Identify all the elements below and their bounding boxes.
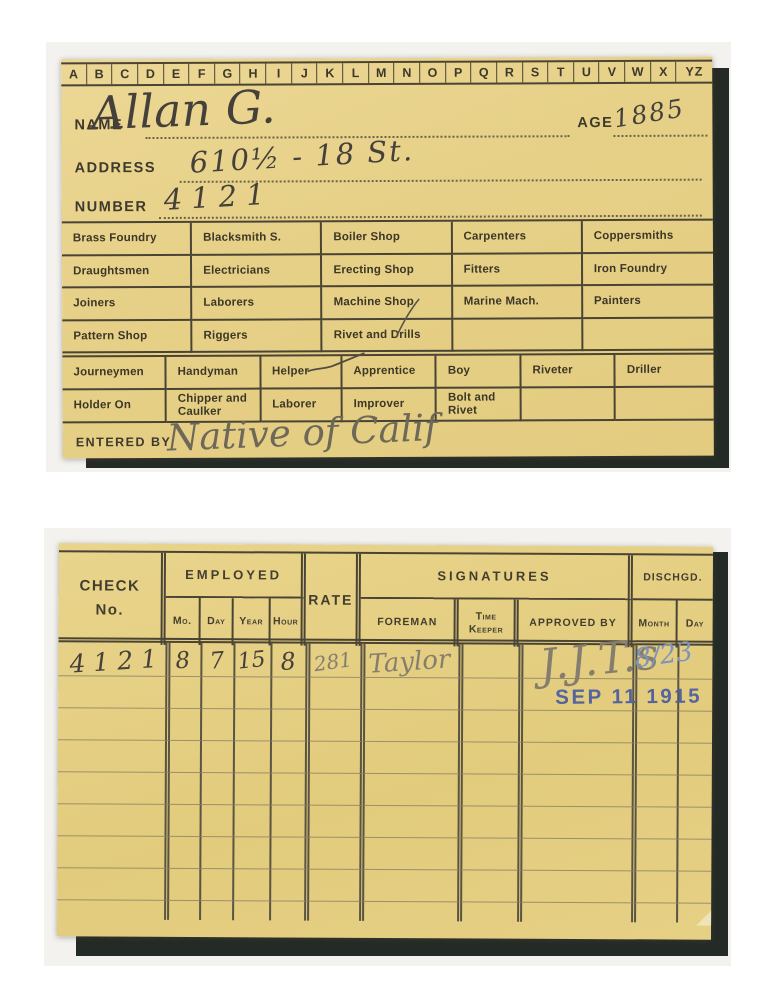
employment-card-back: CHECK No. EMPLOYED Mo. Day Year Hour RAT… [57,543,713,939]
entered-by-label: ENTERED BY [76,435,172,449]
front-card-photo: A B C D E F G H I J K L M N O P Q R S T … [46,42,731,472]
time-keeper-value [459,646,519,678]
year-value: 15 [232,644,272,679]
grid-line [57,867,711,871]
alphabet-tab: YZ [677,62,713,82]
rank-cell: Holder On [63,390,167,423]
trade-cell: Riggers [192,320,322,353]
trade-grid: Brass Foundry Blacksmith S. Boiler Shop … [62,219,714,354]
alphabet-tab: K [318,63,344,83]
rank-cell: Boy [437,355,522,388]
check-no-header-line2: No. [95,601,124,618]
alphabet-tab: B [87,64,113,84]
alphabet-tab: O [420,63,446,83]
trade-cell: Carpenters [452,221,582,254]
rank-cell: Bolt and Rivet [437,388,522,421]
trade-cell: Rivet and Drills [323,319,453,352]
rank-cell [616,388,714,421]
alphabet-tab: J [292,63,318,83]
grid-line [304,644,310,921]
age-label: AGE [577,115,613,131]
alphabet-tab: V [600,62,626,82]
hour-value: 8 [269,644,307,679]
grid-line [517,645,523,922]
rank-cell: Apprentice [342,356,437,389]
rate-value: 281 [304,642,363,681]
rank-cell: Riveter [521,355,616,388]
alphabet-tab: X [651,62,677,82]
time-keeper-header-line1: Time [476,611,497,623]
trade-cell: Pattern Shop [62,320,192,353]
alphabet-tab: A [61,64,87,84]
trade-cell: Draughtsmen [62,255,192,288]
grid-line [269,643,272,920]
back-card-photo: CHECK No. EMPLOYED Mo. Day Year Hour RAT… [44,528,731,966]
trade-cell [453,319,583,352]
grid-line [58,739,712,743]
foreman-signature: Taylor [360,643,460,681]
age-handwritten-value: 1885 [612,95,687,131]
rank-cell: Handyman [167,357,262,390]
mo-header: Mo. [166,598,201,645]
dischgd-header: DISCHGD. [633,555,713,600]
employment-card-front: A B C D E F G H I J K L M N O P Q R S T … [61,57,714,459]
date-stamp: SEP 11 1915 [555,685,702,710]
alphabet-tab: C [112,64,138,84]
alphabet-tab: P [446,63,472,83]
trade-cell: Erecting Shop [322,254,452,287]
trade-cell: Joiners [62,288,192,321]
trade-cell: Blacksmith S. [192,222,322,255]
scanned-document-page: { "front_card": { "alphabet_tabs": ["A",… [0,0,772,1000]
alphabet-tab: E [164,64,190,84]
grid-line [57,835,711,839]
trade-cell: Iron Foundry [583,253,713,286]
mo-value: 8 [164,644,201,679]
discharge-date-value: 8/23 [632,639,693,673]
year-header: Year [234,598,271,645]
trade-cell: Painters [583,286,713,319]
grid-line [58,803,712,807]
check-no-header-line1: CHECK [79,577,140,594]
alphabet-tab: S [523,62,549,82]
alphabet-tab: U [574,62,600,82]
trade-cell: Boiler Shop [322,222,452,255]
day-value: 7 [199,644,235,679]
trade-cell [583,318,713,351]
check-no-header: CHECK No. [59,552,167,645]
grid-line [57,899,711,903]
trade-cell: Electricians [192,255,322,288]
day-header: Day [200,598,234,645]
trade-cell: Brass Foundry [62,223,192,256]
trade-cell: Fitters [453,254,583,287]
entered-by-handwritten-value: Native of Calif [166,409,438,457]
grid-line [457,644,463,921]
rank-cell [522,388,617,421]
number-handwritten-value: 4121 [163,180,274,215]
grid-line [164,643,170,920]
trade-cell: Laborers [192,287,322,320]
trade-cell: Marine Mach. [453,286,583,319]
alphabet-tab: N [394,63,420,83]
number-label: NUMBER [75,199,148,215]
alphabet-tab: Q [471,63,497,83]
trade-cell: Machine Shop [323,287,453,320]
time-keeper-header-line2: Keeper [469,623,503,635]
card-corner-fold [696,911,711,926]
alphabet-tab: R [497,62,523,82]
rate-header: RATE [306,554,361,646]
hour-header: Hour [270,598,306,645]
alphabet-tab: M [369,63,395,83]
name-handwritten-value: Allan G. [91,83,277,136]
rank-cell: Driller [616,355,714,388]
alphabet-tab: D [138,64,164,84]
alphabet-tab: W [625,62,651,82]
address-handwritten-value: 610½ - 18 St. [189,136,415,178]
rank-cell: Journeymen [62,357,166,390]
grid-line [199,643,202,920]
grid-line [58,771,712,775]
rank-cell: Helper [261,356,343,389]
signatures-header: SIGNATURES [361,554,633,600]
time-record-table-header: CHECK No. EMPLOYED Mo. Day Year Hour RAT… [59,550,713,645]
employed-header: EMPLOYED [166,553,306,599]
foreman-header: FOREMAN [361,599,459,647]
alphabet-tab-strip: A B C D E F G H I J K L M N O P Q R S T … [61,60,712,87]
age-rule-line [613,135,707,137]
grid-line [359,644,365,921]
grid-line [232,643,235,920]
trade-cell: Coppersmiths [583,221,713,254]
check-no-value: 4121 [71,642,164,680]
alphabet-tab: L [343,63,369,83]
time-keeper-header: Time Keeper [459,599,519,646]
address-label: ADDRESS [75,160,156,176]
alphabet-tab: T [548,62,574,82]
